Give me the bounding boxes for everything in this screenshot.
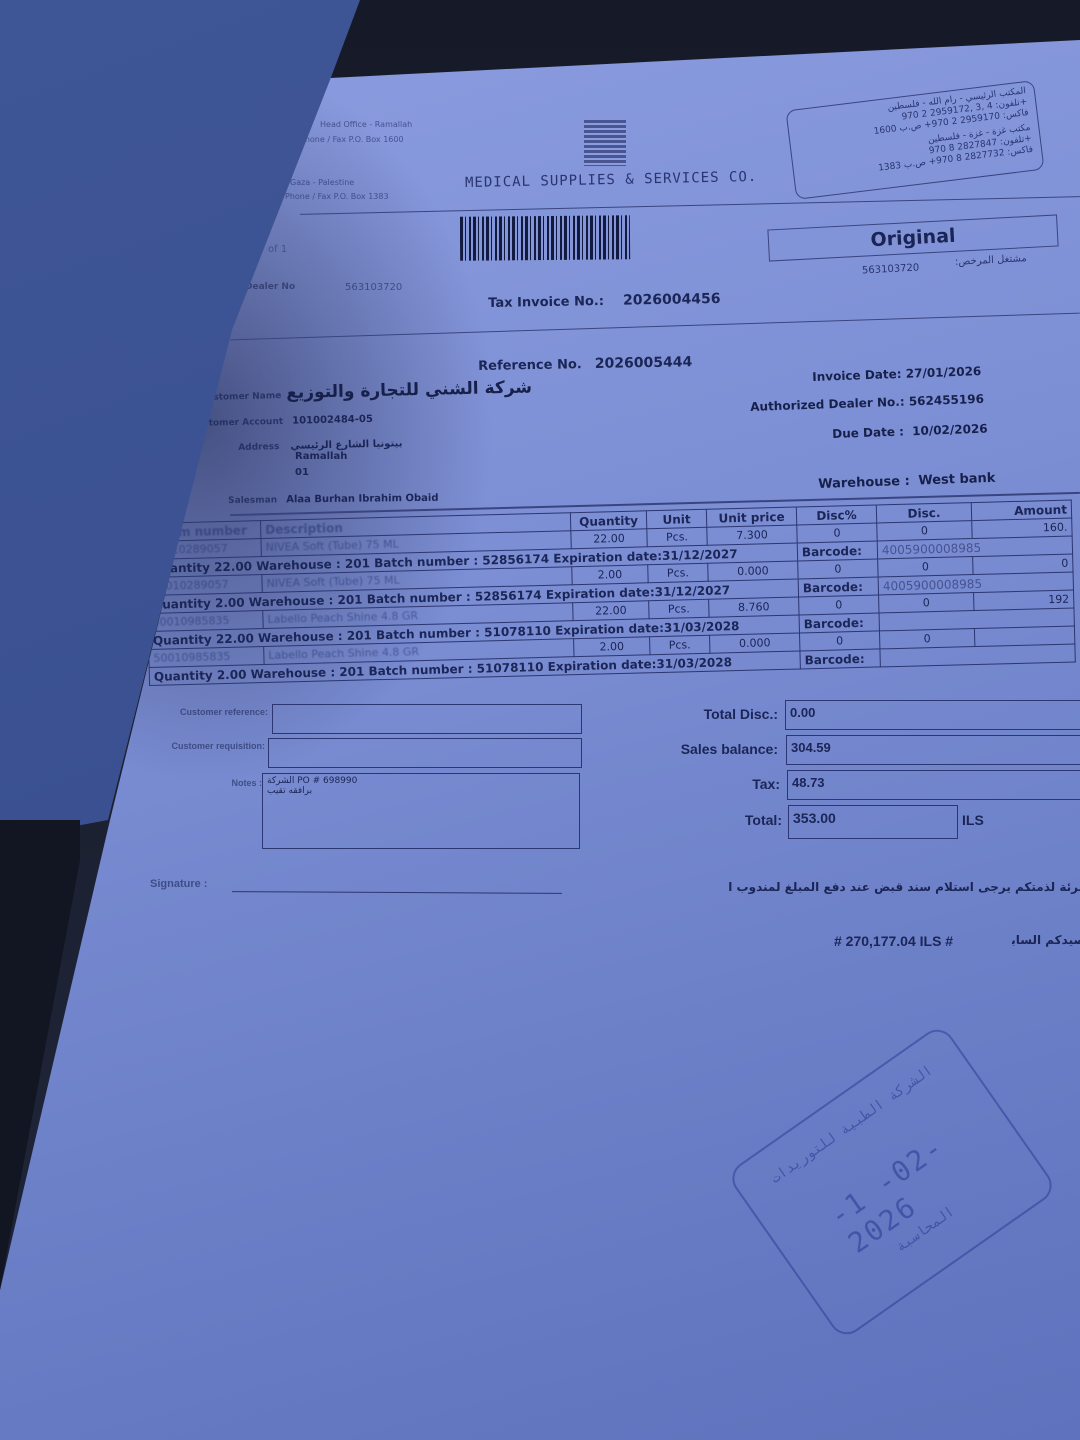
customer-address-city: Ramallah xyxy=(295,451,347,462)
left-address-line: Phone / Fax P.O. Box 1600 xyxy=(300,135,404,144)
item-number: 50010985835 xyxy=(149,647,264,668)
col-unit: Unit xyxy=(646,509,706,529)
reference-label: Reference No. xyxy=(478,357,582,374)
total-disc-value: 0.00 xyxy=(785,700,1080,730)
col-disc-pct: Disc% xyxy=(796,505,876,525)
dealer-no: 563103720 xyxy=(345,282,402,293)
item-disc: 0 xyxy=(877,521,972,541)
barcode-label: Barcode: xyxy=(798,577,878,597)
total-disc-label: Total Disc.: xyxy=(660,706,778,722)
left-address-line: Phone / Fax P.O. Box 1383 xyxy=(285,192,389,201)
barcode-label: Barcode: xyxy=(800,649,880,669)
left-address-line: Gaza - Palestine xyxy=(290,178,354,187)
licensed-operator-no: 563103720 xyxy=(862,263,920,277)
item-unit-price: 0.000 xyxy=(708,561,798,581)
header-divider xyxy=(230,313,1080,341)
received-stamp: الشركة الطبية للتوريدات -1 -02- 2026 الم… xyxy=(725,1023,1058,1342)
signature-label: Signature : xyxy=(150,878,207,890)
tax-invoice-number: 2026004456 xyxy=(623,291,721,309)
item-quantity: 2.00 xyxy=(572,565,648,585)
signature-line xyxy=(232,891,562,894)
total-value: 353.00 xyxy=(788,805,958,839)
authorized-dealer-no: 562455196 xyxy=(909,392,985,409)
total-label: Total: xyxy=(690,812,782,828)
reference-number: 2026005444 xyxy=(595,354,693,372)
item-disc-pct: 0 xyxy=(799,595,879,615)
item-quantity: 22.00 xyxy=(573,601,649,621)
customer-account: 101002484-05 xyxy=(292,414,373,427)
barcode-label: Barcode: xyxy=(799,613,879,633)
tax-value: 48.73 xyxy=(787,770,1080,800)
sales-balance-value: 304.59 xyxy=(786,735,1080,765)
page-count: of 1 xyxy=(268,244,287,255)
invoice-date: 27/01/2026 xyxy=(905,364,981,381)
customer-requisition-label: Customer requisition: xyxy=(120,741,265,751)
customer-address-line1: بيتونيا الشارع الرئيسي xyxy=(290,438,402,452)
item-unit: Pcs. xyxy=(649,599,709,619)
item-quantity: 22.00 xyxy=(571,529,647,549)
item-disc-pct: 0 xyxy=(798,559,878,579)
barcode-value xyxy=(880,644,1075,667)
company-name: MEDICAL SUPPLIES & SERVICES CO. xyxy=(465,169,758,191)
salesman-label: Salesman xyxy=(228,495,277,506)
company-address-box: المكتب الرئيسي - رام الله - فلسطين تلفون… xyxy=(785,80,1044,200)
receipt-note: تبرئة لذمتكم يرجى استلام سند قبض عند دفع… xyxy=(728,880,1080,894)
warehouse-label: Warehouse : xyxy=(818,474,910,492)
total-currency: ILS xyxy=(962,812,984,828)
authorized-dealer-label: Authorized Dealer No.: xyxy=(750,395,905,414)
warehouse-value: West bank xyxy=(918,471,996,489)
col-unit-price: Unit price xyxy=(706,507,796,527)
address-label: Address xyxy=(238,442,279,453)
customer-name: شركة الشني للتجارة والتوزيع xyxy=(286,377,532,403)
item-disc-pct: 0 xyxy=(799,631,879,651)
company-signature-line xyxy=(510,193,690,197)
notes-line1: الشركة PO # 698990 xyxy=(267,776,575,786)
item-unit-price: 8.760 xyxy=(709,597,799,617)
notes-label: Notes : xyxy=(180,778,262,788)
customer-reference-label: Customer reference: xyxy=(130,707,268,717)
barcode-label: Barcode: xyxy=(797,541,877,561)
licensed-operator-label: مشتغل المرخص: xyxy=(955,253,1027,268)
previous-balance-value: # 270,177.04 ILS # xyxy=(834,933,953,949)
invoice-barcode xyxy=(460,215,630,260)
dealer-no-label: Dealer No xyxy=(245,282,295,292)
col-quantity: Quantity xyxy=(570,511,646,531)
item-unit: Pcs. xyxy=(650,635,710,655)
tax-invoice-label: Tax Invoice No.: xyxy=(488,294,604,311)
salesman-name: Alaa Burhan Ibrahim Obaid xyxy=(286,493,438,506)
item-number: 50010985835 xyxy=(148,611,263,632)
notes-line2: برافقه تقيب xyxy=(267,786,575,796)
due-date-label: Due Date : xyxy=(832,424,904,440)
item-unit-price: 0.000 xyxy=(710,633,800,653)
customer-address-code: 01 xyxy=(295,467,309,478)
item-unit: Pcs. xyxy=(647,527,707,547)
due-date: 10/02/2026 xyxy=(912,422,988,439)
item-disc-pct: 0 xyxy=(797,523,877,543)
left-address-line: Head Office - Ramallah xyxy=(320,120,412,129)
previous-balance-label: رصيدكم السابق لدينا: xyxy=(1012,933,1080,947)
notes-field: الشركة PO # 698990 برافقه تقيب xyxy=(262,773,580,849)
company-logo-icon xyxy=(584,120,626,166)
item-quantity: 2.00 xyxy=(574,637,650,657)
invoice-date-label: Invoice Date: xyxy=(812,367,902,384)
items-table: Item number Description Quantity Unit Un… xyxy=(145,500,1076,686)
tax-label: Tax: xyxy=(680,776,780,792)
header-divider xyxy=(300,196,1080,215)
item-disc: 0 xyxy=(879,629,974,649)
sales-balance-label: Sales balance: xyxy=(650,741,778,757)
item-unit-price: 7.300 xyxy=(707,525,797,545)
customer-requisition-field xyxy=(268,738,582,768)
customer-reference-field xyxy=(272,704,582,734)
item-unit: Pcs. xyxy=(648,563,708,583)
